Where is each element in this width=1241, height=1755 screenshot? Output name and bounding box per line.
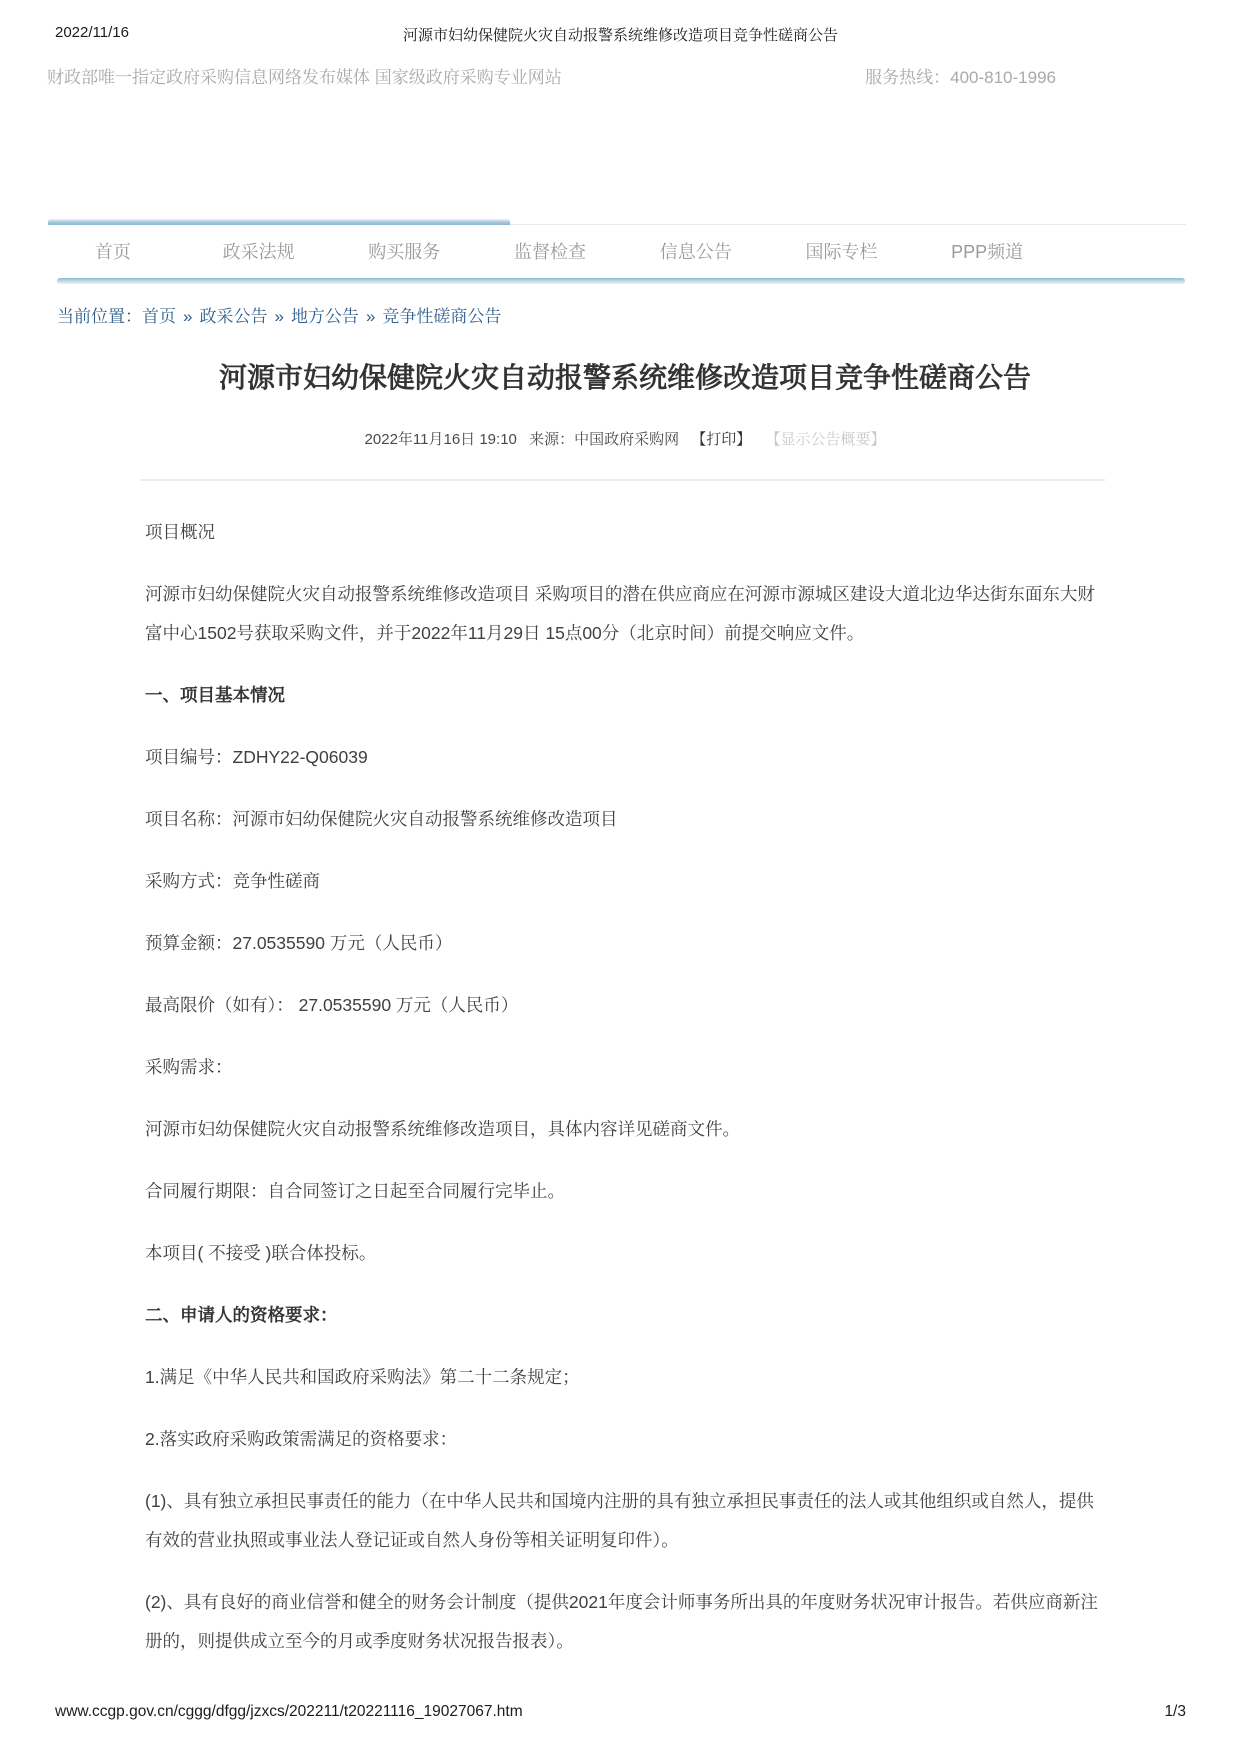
article: 河源市妇幼保健院火灾自动报警系统维修改造项目竞争性磋商公告 2022年11月16… — [145, 356, 1105, 1684]
article-title: 河源市妇幼保健院火灾自动报警系统维修改造项目竞争性磋商公告 — [145, 356, 1105, 400]
print-footer: www.ccgp.gov.cn/cggg/dfgg/jzxcs/202211/t… — [0, 1703, 1241, 1725]
paragraph: 1.满足《中华人民共和国政府采购法》第二十二条规定； — [145, 1358, 1105, 1397]
breadcrumb-link-3[interactable]: 地方公告 — [291, 307, 359, 326]
article-divider — [140, 479, 1105, 481]
breadcrumb-separator: » — [274, 307, 283, 326]
breadcrumb-label: 当前位置： — [57, 307, 142, 326]
breadcrumb-link-2[interactable]: 政采公告 — [199, 307, 267, 326]
paragraph: 本项目( 不接受 )联合体投标。 — [145, 1234, 1105, 1273]
site-slogan-row: 财政部唯一指定政府采购信息网络发布媒体 国家级政府采购专业网站 服务热线：400… — [0, 63, 1241, 87]
paragraph: (1)、具有独立承担民事责任的能力（在中华人民共和国境内注册的具有独立承担民事责… — [145, 1482, 1105, 1560]
nav-bottom-line — [57, 278, 1185, 284]
print-button[interactable]: 【打印】 — [691, 431, 751, 448]
article-meta: 2022年11月16日 19:10 来源：中国政府采购网 【打印】 【显示公告概… — [145, 428, 1105, 449]
paragraph: (2)、具有良好的商业信誉和健全的财务会计制度（提供2021年度会计师事务所出具… — [145, 1583, 1105, 1661]
paragraph: 预算金额：27.0535590 万元（人民币） — [145, 924, 1105, 963]
nav-top-indicator-line — [48, 219, 510, 225]
print-footer-url: www.ccgp.gov.cn/cggg/dfgg/jzxcs/202211/t… — [55, 1703, 523, 1721]
nav-tab-5[interactable]: 信息公告 — [623, 238, 769, 264]
breadcrumb-link-4[interactable]: 竞争性磋商公告 — [382, 307, 501, 326]
nav-tab-7[interactable]: PPP频道 — [914, 238, 1060, 264]
breadcrumb-link-1[interactable]: 首页 — [142, 307, 176, 326]
article-source: 来源：中国政府采购网 — [529, 431, 679, 448]
paragraph: 项目概况 — [145, 513, 1105, 552]
nav-tab-1[interactable]: 首页 — [40, 238, 186, 264]
article-datetime: 2022年11月16日 19:10 — [365, 431, 517, 448]
breadcrumb-separator: » — [183, 307, 192, 326]
paragraph: 项目编号：ZDHY22-Q06039 — [145, 738, 1105, 777]
print-header-title: 河源市妇幼保健院火灾自动报警系统维修改造项目竞争性磋商公告 — [0, 24, 1241, 45]
paragraph: 最高限价（如有）： 27.0535590 万元（人民币） — [145, 986, 1105, 1025]
section-heading: 二、申请人的资格要求： — [145, 1296, 1105, 1335]
paragraph: 项目名称：河源市妇幼保健院火灾自动报警系统维修改造项目 — [145, 800, 1105, 839]
paragraph: 合同履行期限：自合同签订之日起至合同履行完毕止。 — [145, 1172, 1105, 1211]
print-header: 2022/11/16 河源市妇幼保健院火灾自动报警系统维修改造项目竞争性磋商公告 — [0, 24, 1241, 46]
nav-top-rest-line — [510, 224, 1186, 225]
nav-tab-4[interactable]: 监督检查 — [477, 238, 623, 264]
nav-tab-2[interactable]: 政采法规 — [186, 238, 332, 264]
main-nav: 首页政采法规购买服务监督检查信息公告国际专栏PPP频道 — [40, 236, 1060, 266]
nav-tab-3[interactable]: 购买服务 — [331, 238, 477, 264]
paragraph: 河源市妇幼保健院火灾自动报警系统维修改造项目，具体内容详见磋商文件。 — [145, 1110, 1105, 1149]
paragraph: 采购方式：竞争性磋商 — [145, 862, 1105, 901]
service-hotline: 服务热线：400-810-1996 — [865, 63, 1056, 88]
site-slogan: 财政部唯一指定政府采购信息网络发布媒体 国家级政府采购专业网站 — [47, 63, 562, 88]
paragraph: 河源市妇幼保健院火灾自动报警系统维修改造项目 采购项目的潜在供应商应在河源市源城… — [145, 575, 1105, 653]
article-body: 项目概况河源市妇幼保健院火灾自动报警系统维修改造项目 采购项目的潜在供应商应在河… — [145, 513, 1105, 1661]
print-footer-page-number: 1/3 — [1164, 1703, 1186, 1721]
show-summary-button[interactable]: 【显示公告概要】 — [765, 431, 885, 448]
breadcrumb-separator: » — [366, 307, 375, 326]
section-heading: 一、项目基本情况 — [145, 676, 1105, 715]
breadcrumb: 当前位置：首页»政采公告»地方公告»竞争性磋商公告 — [57, 302, 501, 327]
paragraph: 采购需求： — [145, 1048, 1105, 1087]
paragraph: 2.落实政府采购政策需满足的资格要求： — [145, 1420, 1105, 1459]
nav-tab-6[interactable]: 国际专栏 — [769, 238, 915, 264]
